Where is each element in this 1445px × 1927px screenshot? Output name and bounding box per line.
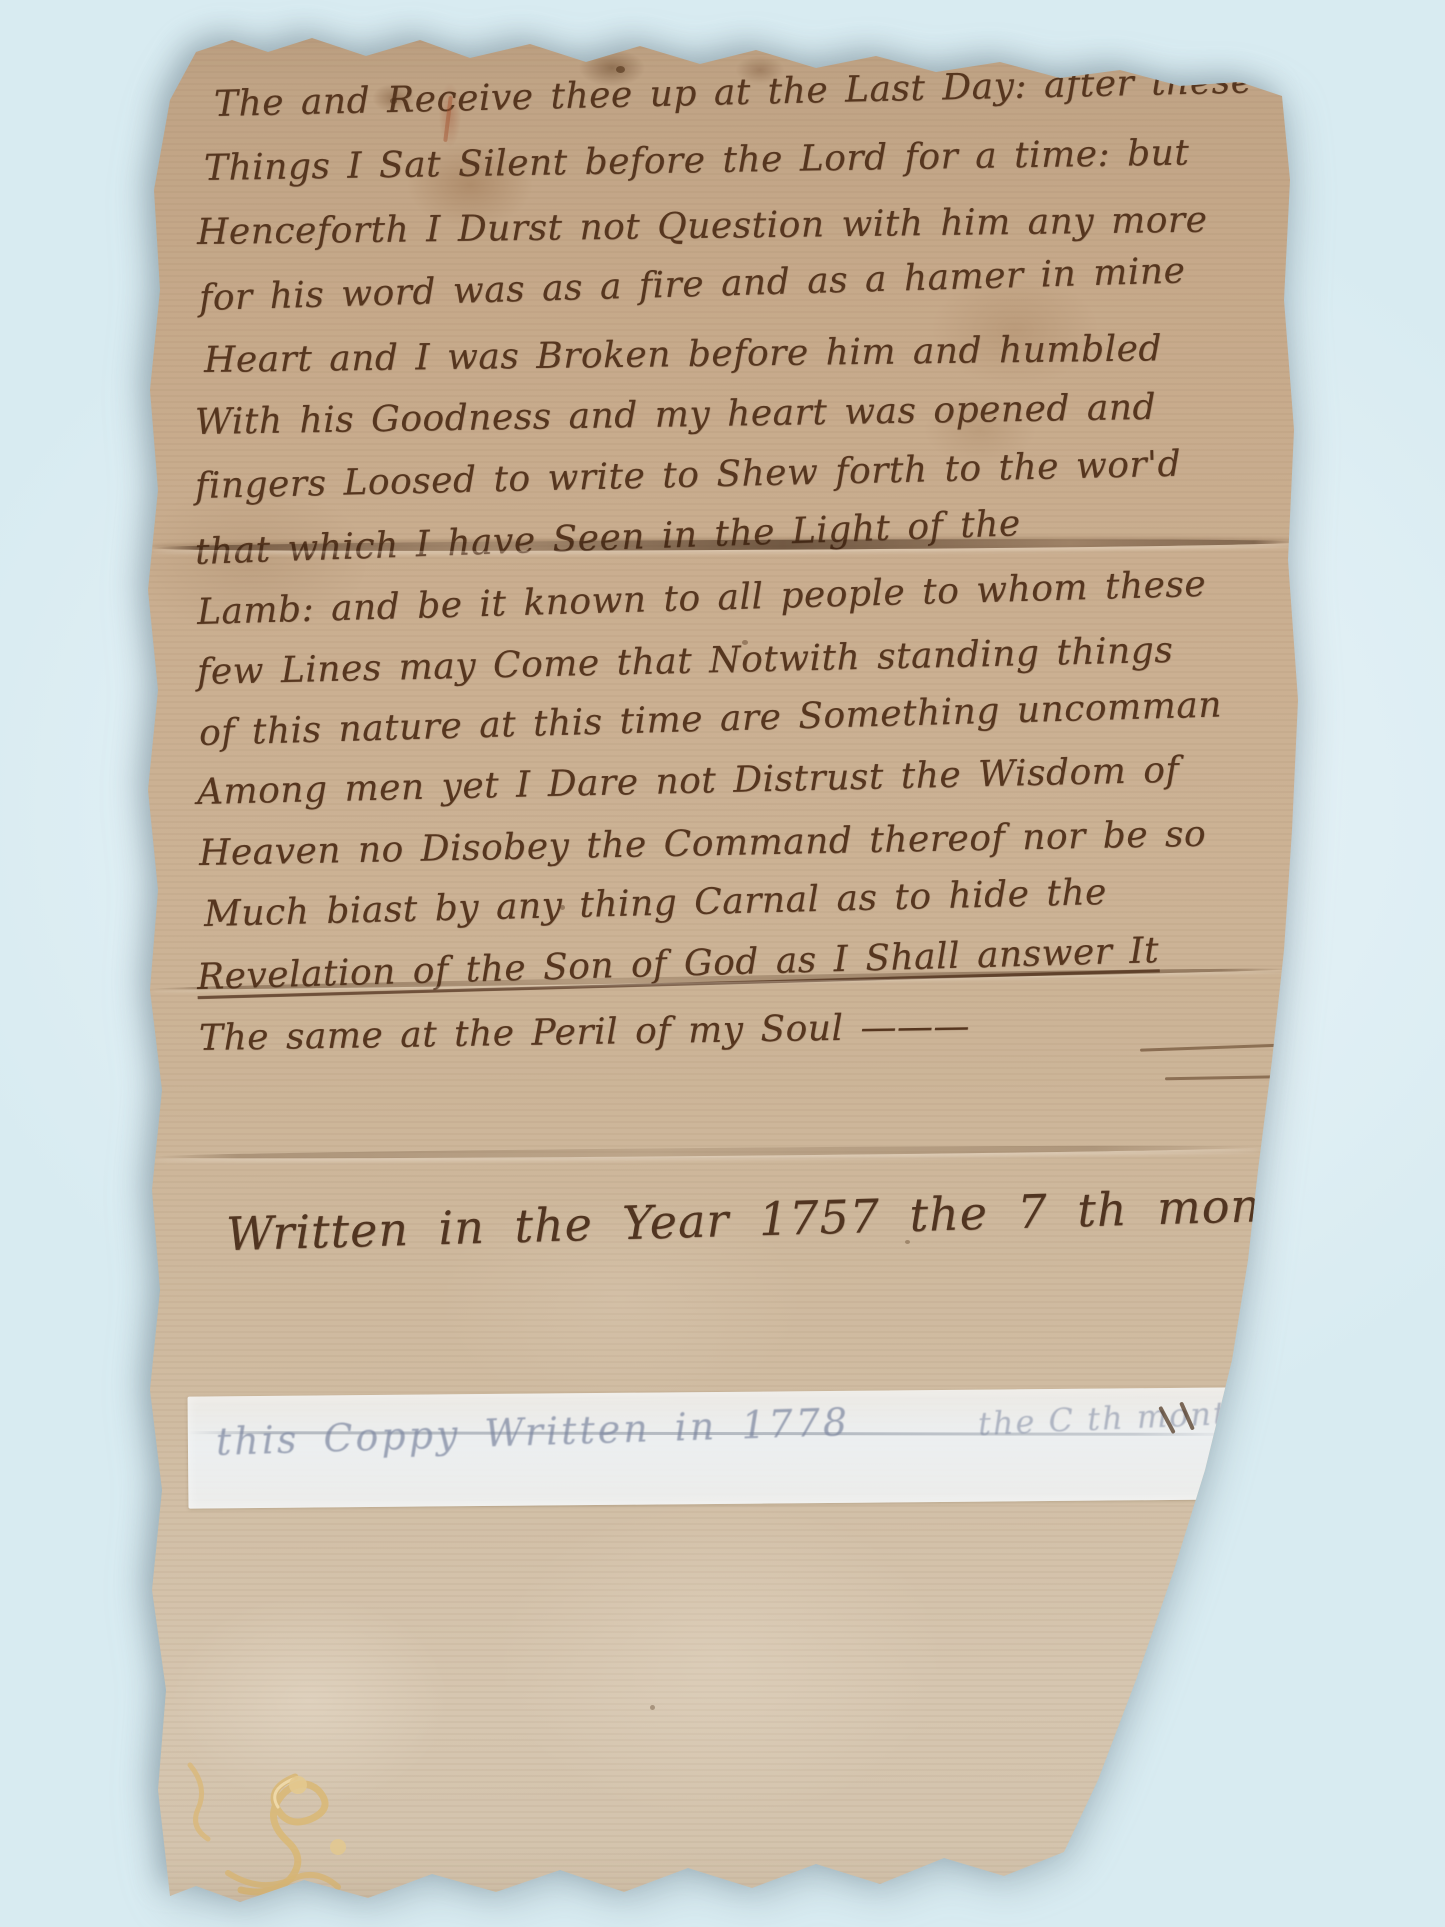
- ink-stain: [742, 640, 748, 645]
- manuscript-line: The and Receive thee up at the Last Day:…: [214, 60, 1253, 125]
- manuscript-line: of this nature at this time are Somethin…: [198, 684, 1222, 754]
- manuscript-line-underlined: Revelation of the Son of God as I Shall …: [196, 930, 1159, 998]
- manuscript-line: Henceforth I Durst not Question with him…: [197, 200, 1208, 253]
- manuscript-line: With his Goodness and my heart was opene…: [195, 387, 1157, 443]
- pen-flourish: [1165, 1075, 1305, 1080]
- photo-backdrop: The and Receive thee up at the Last Day:…: [0, 0, 1445, 1927]
- manuscript-dateline: Written in the Year 1757 the 7 th month: [225, 1177, 1311, 1261]
- pen-flourish: [1140, 1043, 1290, 1051]
- binding-thread: [170, 1755, 450, 1925]
- ink-stain: [616, 66, 625, 73]
- manuscript-line: fingers Loosed to write to Shew forth to…: [195, 444, 1182, 507]
- ink-stain: [390, 98, 397, 104]
- ink-stain: [560, 905, 565, 910]
- fold-seam-lower: [150, 1143, 1260, 1161]
- manuscript-line: The same at the Peril of my Soul ———: [199, 1006, 971, 1059]
- ink-stain: [905, 1240, 910, 1244]
- manuscript-line: Things I Sat Silent before the Lord for …: [204, 133, 1190, 189]
- ink-stain: [650, 1705, 655, 1710]
- manuscript-line: Heaven no Disobey the Command thereof no…: [199, 814, 1207, 874]
- manuscript-line: Heart and I was Broken before him and hu…: [204, 328, 1162, 381]
- manuscript-line: that which I have Seen in the Light of t…: [194, 503, 1021, 573]
- manuscript-line: few Lines may Come that Notwith standing…: [197, 630, 1174, 693]
- manuscript-line: Among men yet I Dare not Distrust the Wi…: [197, 750, 1180, 813]
- manuscript-line: Lamb: and be it known to all people to w…: [196, 564, 1206, 633]
- manuscript-line: for his word was as a fire and as a hame…: [198, 250, 1185, 319]
- manuscript-line: Much biast by any thing Carnal as to hid…: [203, 872, 1107, 935]
- manuscript-page: The and Receive thee up at the Last Day:…: [0, 0, 1445, 1927]
